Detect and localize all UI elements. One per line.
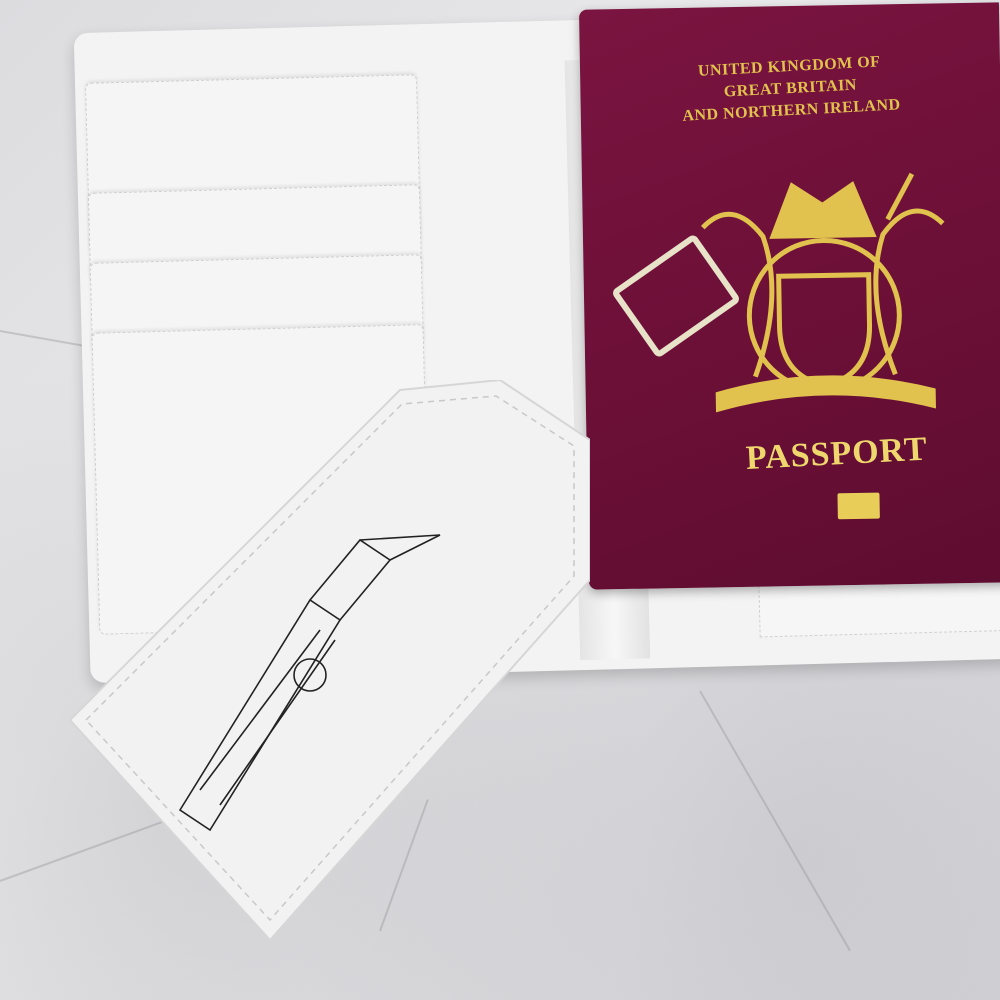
luggage-tag (70, 380, 590, 940)
biometric-chip-icon (837, 493, 879, 520)
passport-country: UNITED KINGDOM OF GREAT BRITAIN AND NORT… (639, 48, 942, 130)
passport-title: PASSPORT (716, 429, 958, 480)
